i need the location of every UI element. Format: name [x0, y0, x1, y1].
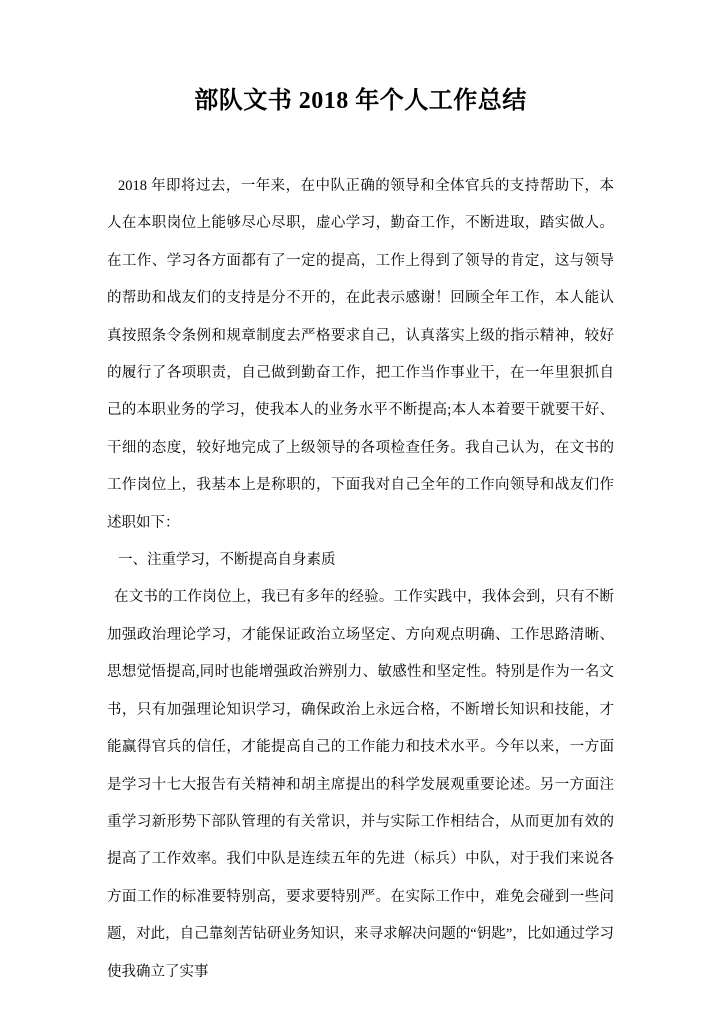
document-page: 部队文书 2018 年个人工作总结 2018 年即将过去，一年来，在中队正确的领… — [0, 0, 721, 1020]
paragraph-section-1: 在文书的工作岗位上，我已有多年的经验。工作实践中，我体会到，只有不断加强政治理论… — [107, 579, 614, 990]
section-heading-1: 一、注重学习，不断提高自身素质 — [107, 542, 614, 579]
document-title: 部队文书 2018 年个人工作总结 — [107, 85, 614, 117]
paragraph-intro: 2018 年即将过去，一年来，在中队正确的领导和全体官兵的支持帮助下，本人在本职… — [107, 168, 614, 542]
